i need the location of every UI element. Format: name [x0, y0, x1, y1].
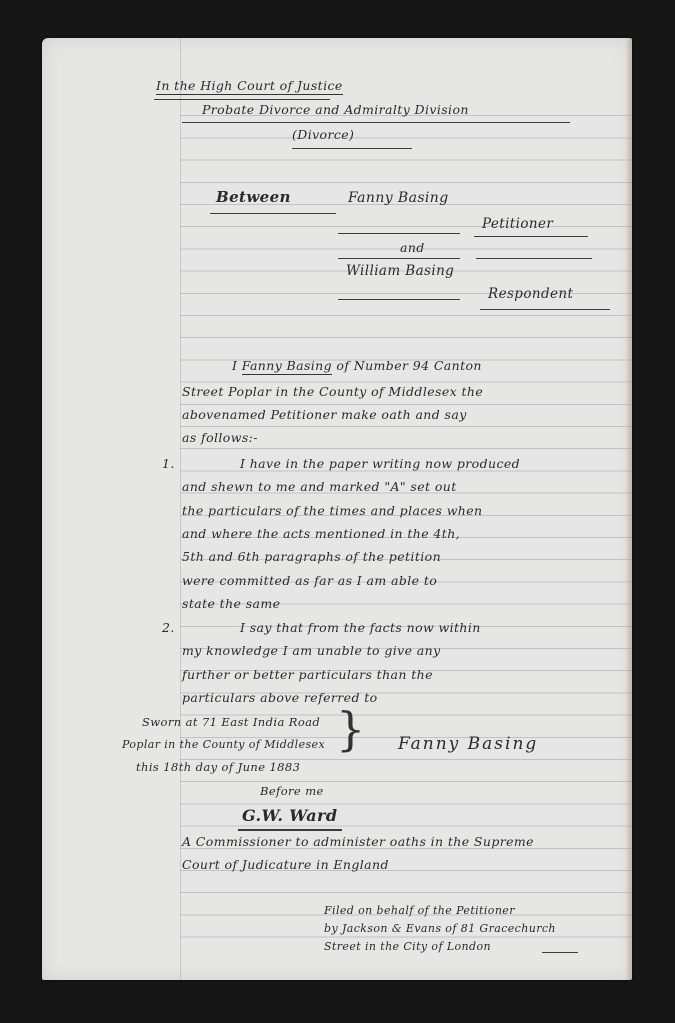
commissioner-signature-underline	[238, 829, 342, 831]
jurat-line-3: this 18th day of June 1883	[136, 760, 300, 774]
paragraph-1-number: 1.	[162, 456, 175, 471]
subdivision-heading: (Divorce)	[292, 127, 354, 142]
petitioner-role: Petitioner	[482, 216, 553, 232]
commissioner-signature: G.W. Ward	[242, 806, 337, 825]
paragraph-1-line: 5th and 6th paragraphs of the petition	[182, 549, 441, 564]
and-line-right	[476, 258, 592, 259]
commissioner-title-line-1: A Commissioner to administer oaths in th…	[182, 834, 534, 849]
intro-line-2: Street Poplar in the County of Middlesex…	[182, 384, 483, 399]
paragraph-2-line: my knowledge I am unable to give any	[182, 643, 441, 658]
paragraph-1-line: and where the acts mentioned in the 4th,	[182, 526, 460, 541]
paragraph-2-line: I say that from the facts now within	[240, 620, 481, 635]
intro-name: Fanny Basing	[242, 358, 332, 375]
court-heading: In the High Court of Justice	[156, 78, 343, 93]
filing-note-line-2: by Jackson & Evans of 81 Gracechurch	[324, 922, 556, 935]
jurat-line-1: Sworn at 71 East India Road	[142, 715, 320, 729]
paragraph-1-line: state the same	[182, 596, 280, 611]
petitioner-name: Fanny Basing	[348, 190, 449, 206]
between-label: Between	[216, 188, 291, 206]
paragraph-2-line: further or better particulars than the	[182, 667, 433, 682]
paragraph-1-line: were committed as far as I am able to	[182, 573, 437, 588]
subdivision-underline	[292, 148, 412, 149]
jurat-line-2: Poplar in the County of Middlesex	[122, 738, 325, 751]
paragraph-2-number: 2.	[162, 620, 175, 635]
division-heading: Probate Divorce and Admiralty Division	[202, 102, 469, 117]
respondent-blank-line	[338, 299, 460, 300]
intro-line-1: I Fanny Basing of Number 94 Canton	[232, 358, 482, 373]
paragraph-1-line: and shewn to me and marked "A" set out	[182, 479, 457, 494]
filing-note-dash	[542, 952, 578, 953]
respondent-name: William Basing	[346, 263, 454, 279]
paragraph-1-line: I have in the paper writing now produced	[240, 456, 520, 471]
and-conjunction: and	[400, 240, 425, 255]
deponent-signature: Fanny Basing	[398, 734, 538, 754]
division-underline	[182, 122, 570, 123]
respondent-role: Respondent	[488, 286, 573, 302]
between-underline	[210, 213, 336, 214]
affidavit-page: In the High Court of Justice Probate Div…	[42, 38, 632, 980]
petitioner-blank-line	[338, 233, 460, 234]
petitioner-role-underline	[474, 236, 588, 237]
intro-line-4: as follows:-	[182, 430, 258, 445]
filing-note-line-1: Filed on behalf of the Petitioner	[324, 904, 515, 917]
before-me-label: Before me	[260, 784, 324, 798]
commissioner-title-line-2: Court of Judicature in England	[182, 857, 389, 872]
and-line-left	[338, 258, 460, 259]
respondent-role-underline	[480, 309, 610, 310]
heading-underline	[154, 99, 330, 100]
intro-line-3: abovenamed Petitioner make oath and say	[182, 407, 467, 422]
jurat-brace: }	[336, 706, 365, 752]
paragraph-1-line: the particulars of the times and places …	[182, 503, 483, 518]
filing-note-line-3: Street in the City of London	[324, 940, 491, 953]
